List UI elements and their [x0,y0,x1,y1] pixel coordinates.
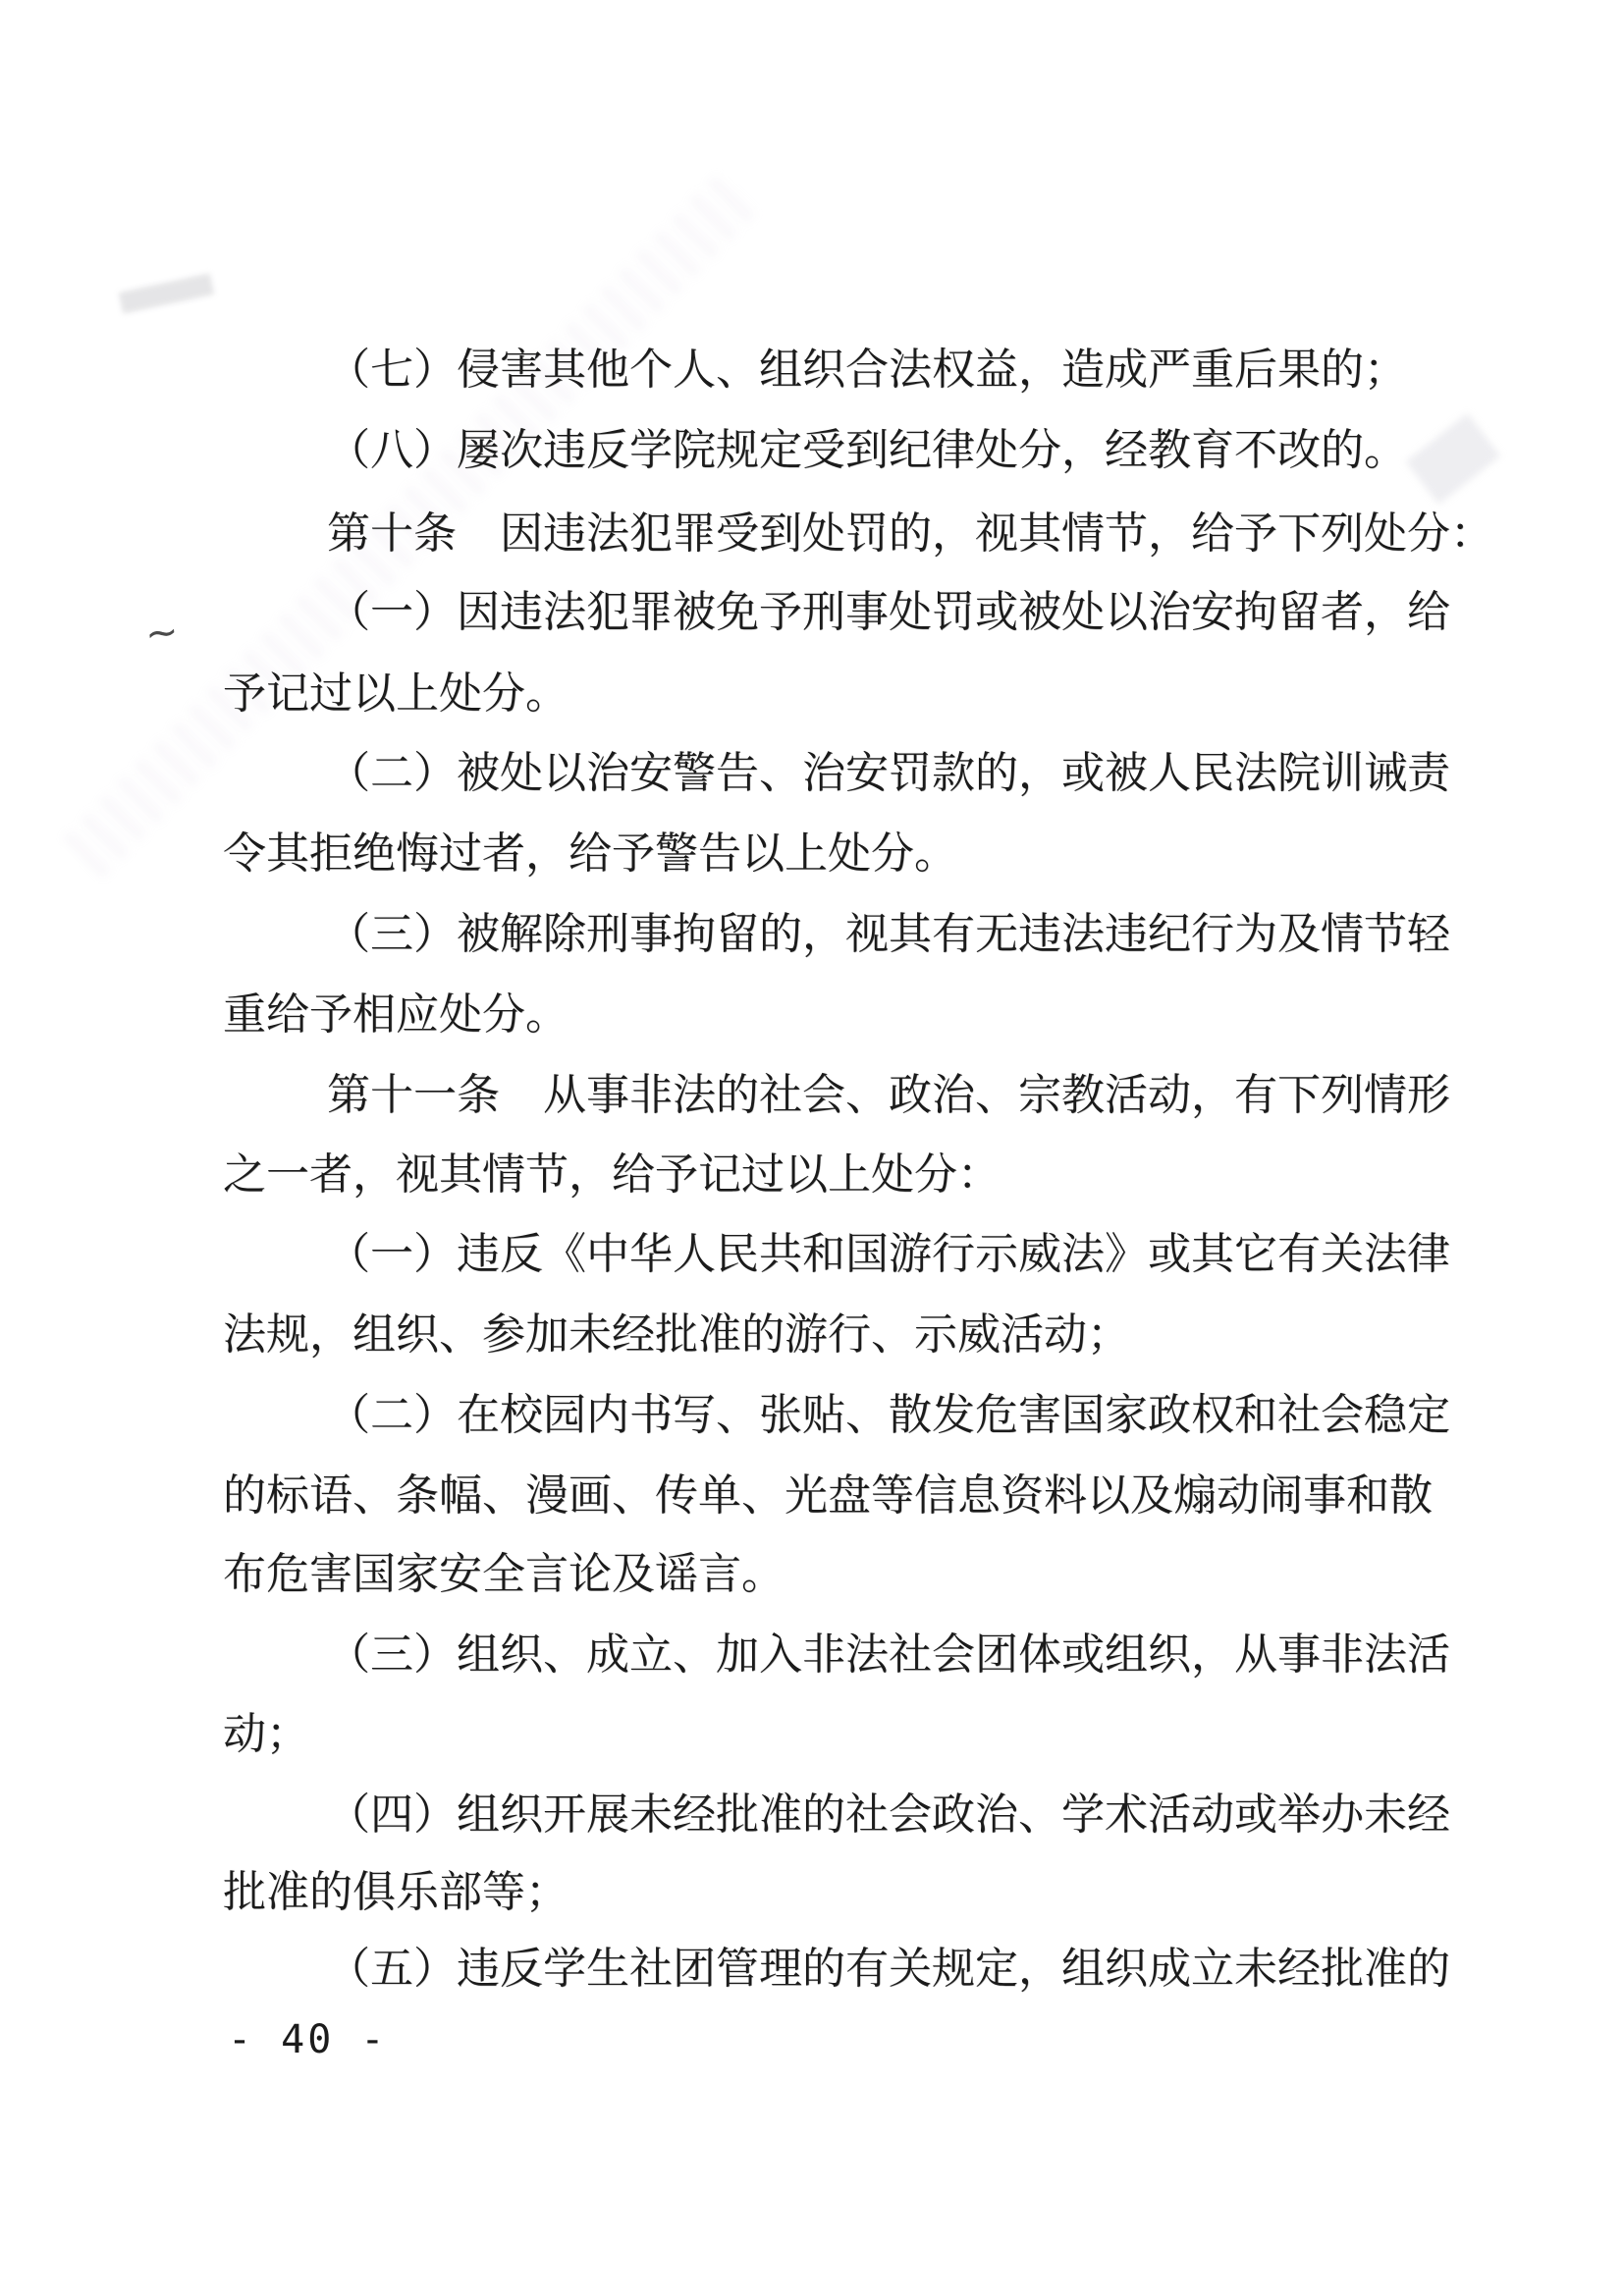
text-line: （八）屡次违反学院规定受到纪律处分，经教育不改的。 [327,429,1407,472]
text-line: 批准的俱乐部等； [223,1871,568,1914]
text-line: 第十条 因违法犯罪受到处罚的，视其情节，给予下列处分： [327,512,1493,556]
text-line: （一）违反《中华人民共和国游行示威法》或其它有关法律 [327,1233,1450,1276]
text-line: （二）在校园内书写、张贴、散发危害国家政权和社会稳定 [327,1394,1450,1437]
text-line: 予记过以上处分。 [223,672,568,716]
text-line: 第十一条 从事非法的社会、政治、宗教活动，有下列情形 [327,1074,1450,1117]
text-line: （二）被处以治安警告、治安罚款的，或被人民法院训诫责 [327,752,1450,795]
page-number: - 40 - [228,2017,388,2062]
scanned-document-page: ~ （七）侵害其他个人、组织合法权益，造成严重后果的； （八）屡次违反学院规定受… [0,0,1623,2296]
text-line: （三）组织、成立、加入非法社会团体或组织，从事非法活 [327,1633,1450,1677]
scan-smudge-topleft [119,273,214,313]
text-line: （五）违反学生社团管理的有关规定，组织成立未经批准的 [327,1948,1450,1991]
text-line: 法规，组织、参加未经批准的游行、示威活动； [223,1313,1130,1357]
text-line: 的标语、条幅、漫画、传单、光盘等信息资料以及煽动闹事和散 [223,1474,1433,1518]
scan-artifact-mark: ~ [143,609,181,657]
text-line: 之一者，视其情节，给予记过以上处分： [223,1153,1001,1197]
text-line: 令其拒绝悔过者，给予警告以上处分。 [223,832,957,876]
scan-smudge-right [1406,413,1501,505]
text-line: 动； [223,1713,309,1756]
text-line: 重给予相应处分。 [223,993,568,1037]
text-line: （四）组织开展未经批准的社会政治、学术活动或举办未经 [327,1793,1450,1837]
text-line: （一）因违法犯罪被免予刑事处罚或被处以治安拘留者，给 [327,591,1450,634]
text-line: 布危害国家安全言论及谣言。 [223,1553,784,1596]
text-line: （七）侵害其他个人、组织合法权益，造成严重后果的； [327,348,1407,392]
text-line: （三）被解除刑事拘留的，视其有无违法违纪行为及情节轻 [327,913,1450,956]
